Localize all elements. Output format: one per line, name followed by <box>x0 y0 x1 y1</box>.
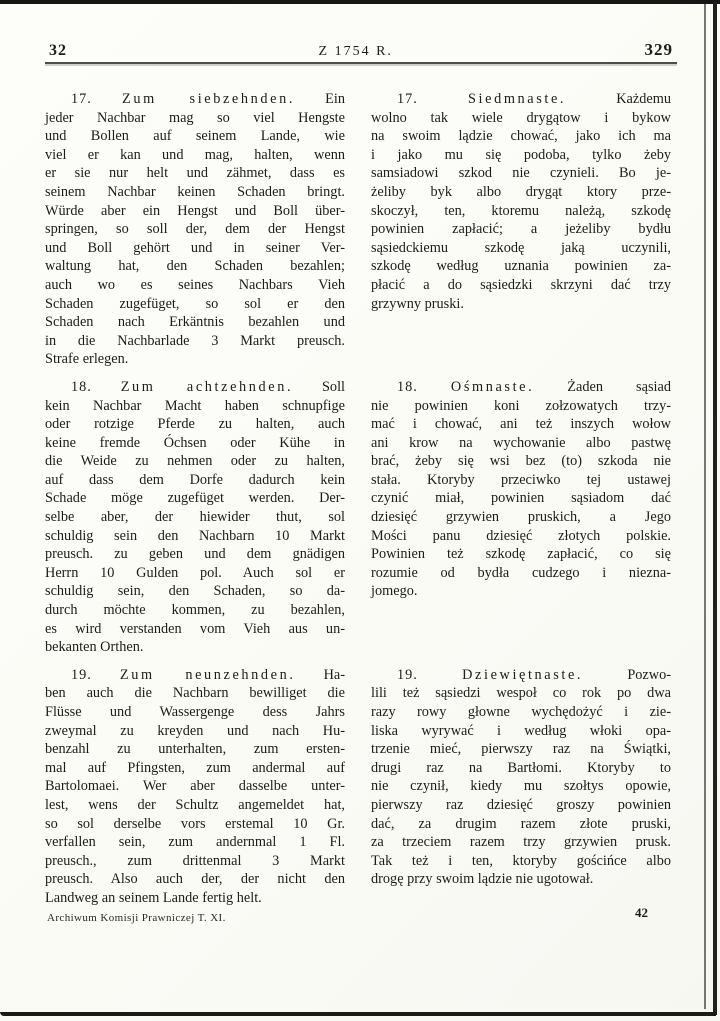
paragraph-number: 19. <box>71 667 92 683</box>
paragraph-first-line: 17. Zum siebzehnden. Ein <box>45 90 345 109</box>
paragraph-first-line-rest: Ein <box>325 91 345 107</box>
header-left-signature: 32 <box>49 42 67 60</box>
paragraph-lines: nie powinien koni zołzowatych trzy-mać i… <box>371 397 671 602</box>
paragraph-german-17: 17. Zum siebzehnden. Ein jeder Nachbar m… <box>45 90 345 369</box>
paragraph-polish-18: 18. Ośmnaste. Żaden sąsiad nie powinien … <box>371 378 671 657</box>
paragraph-heading: Zum siebzehnden. <box>122 91 295 107</box>
paragraph-heading: Zum achtzehnden. <box>121 379 293 395</box>
paragraph-polish-19: 19. Dziewiętnaste. Pozwo- lili też sąsie… <box>371 666 671 908</box>
paragraph-number: 17. <box>397 91 418 107</box>
footer-source-label: Archiwum Komisji Prawniczej T. XI. <box>47 912 226 924</box>
paragraph-polish-17: 17. Siedmnaste. Każdemu wolno tak wiele … <box>371 90 671 369</box>
paragraph-first-line: 19. Dziewiętnaste. Pozwo- <box>371 666 671 685</box>
page-footer: Archiwum Komisji Prawniczej T. XI. 42 <box>47 908 648 924</box>
header-page-number: 329 <box>644 40 673 60</box>
paragraph-heading: Dziewiętnaste. <box>462 667 583 683</box>
paragraph-german-19: 19. Zum neunzehnden. Ha- ben auch die Na… <box>45 666 345 908</box>
paragraph-lines: lili też sąsiedzi wespoł co rok po dwara… <box>371 684 671 889</box>
paragraph-heading: Ośmnaste. <box>451 379 534 395</box>
paragraph-lines: wolno tak wiele drygątow i bykowna swoim… <box>371 109 671 314</box>
header-rule <box>45 62 677 64</box>
paragraph-first-line-rest: Pozwo- <box>627 667 671 683</box>
paragraph-first-line: 17. Siedmnaste. Każdemu <box>371 90 671 109</box>
paragraph-heading: Siedmnaste. <box>468 91 566 107</box>
scan-top-edge <box>0 0 720 4</box>
page-header: 32 Z 1754 R. 329 <box>45 40 677 62</box>
scan-right-edge-outer <box>713 2 717 1015</box>
footer-right-signature: 42 <box>635 905 648 921</box>
paragraph-lines: jeder Nachbar mag so viel Hengsteund Bol… <box>45 109 345 369</box>
scan-bottom-edge <box>0 1012 716 1016</box>
paragraph-first-line-rest: Żaden sąsiad <box>567 379 671 395</box>
book-page: 32 Z 1754 R. 329 17. Zum siebzehnden. Ei… <box>45 40 677 908</box>
paragraph-heading: Zum neunzehnden. <box>120 667 296 683</box>
scan-right-edge-inner <box>704 4 706 1009</box>
paragraph-german-18: 18. Zum achtzehnden. Soll kein Nachbar M… <box>45 378 345 657</box>
paragraph-first-line-rest: Soll <box>322 379 345 395</box>
paragraph-number: 18. <box>397 379 418 395</box>
header-title: Z 1754 R. <box>319 44 393 60</box>
paragraph-first-line: 18. Ośmnaste. Żaden sąsiad <box>371 378 671 397</box>
paragraph-first-line-rest: Każdemu <box>616 91 671 107</box>
paragraph-number: 17. <box>71 91 92 107</box>
paragraph-first-line: 18. Zum achtzehnden. Soll <box>45 378 345 397</box>
paragraph-number: 18. <box>71 379 92 395</box>
paragraph-lines: kein Nachbar Macht haben schnupfigeoder … <box>45 397 345 657</box>
paragraph-number: 19. <box>397 667 418 683</box>
paragraph-first-line: 19. Zum neunzehnden. Ha- <box>45 666 345 685</box>
paragraph-lines: ben auch die Nachbarn bewilliget dieFlüs… <box>45 684 345 907</box>
two-column-text: 17. Zum siebzehnden. Ein jeder Nachbar m… <box>45 90 677 908</box>
paragraph-first-line-rest: Ha- <box>324 667 345 683</box>
